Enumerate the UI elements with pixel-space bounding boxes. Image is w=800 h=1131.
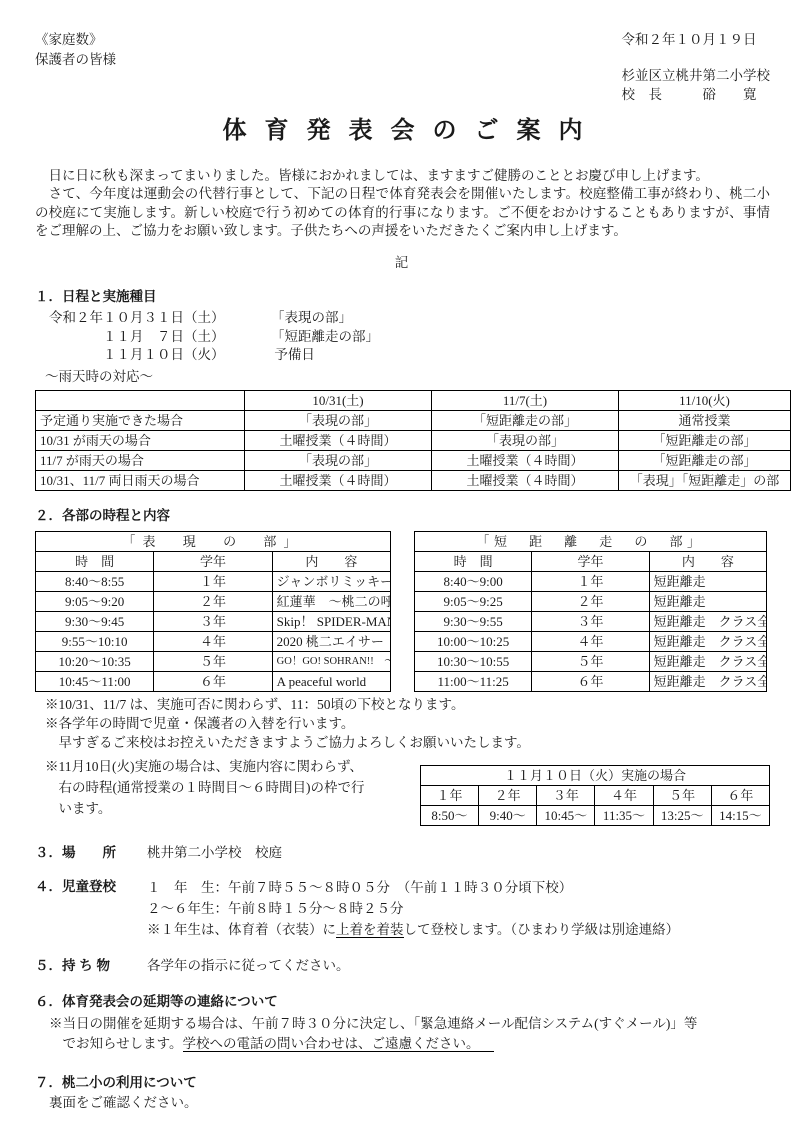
table-row: 9:05～9:20 ２年 紅蓮華 ～桃二の呼吸 2020～ bbox=[36, 592, 391, 612]
table-cell: ４年 bbox=[532, 632, 649, 652]
table-cell: 「表現の部」 bbox=[432, 431, 619, 451]
table-cell: ５年 bbox=[532, 652, 649, 672]
note-line: います。 bbox=[45, 799, 420, 820]
table-cell: 11/7(土) bbox=[432, 391, 619, 411]
table-row: 9:05～9:25 ２年 短距離走 bbox=[415, 592, 767, 612]
table-cell: 10/31(土) bbox=[245, 391, 432, 411]
table-cell: 時 間 bbox=[415, 552, 532, 572]
tankyori-table: 「短 距 離 走 の 部」 時 間 学年 内 容 8:40～9:00 １年 短距… bbox=[414, 531, 767, 692]
schedule-list: 令和２年１０月３１日（土） 「表現の部」 １１月 ７日（土） 「短距離走の部」 … bbox=[49, 309, 770, 364]
table-cell: ジャンボリミッキー！ bbox=[272, 572, 390, 592]
section-6: ６．体育発表会の延期等の連絡について ※当日の開催を延期する場合は、午前７時３０… bbox=[35, 993, 770, 1054]
table-header-row: 10/31(土) 11/7(土) 11/10(火) bbox=[36, 391, 791, 411]
section-6-lines: ※当日の開催を延期する場合は、午前７時３０分に決定し、「緊急連絡メール配信システ… bbox=[49, 1014, 770, 1055]
note-line: 早すぎるご来校はお控えいただきますようご協力よろしくお願いいたします。 bbox=[45, 734, 770, 753]
section-3-text: 桃井第二小学校 校庭 bbox=[147, 844, 282, 862]
table-cell: ２年 bbox=[479, 786, 537, 806]
principal-name: 校 長 硲 寛 bbox=[622, 85, 771, 105]
table-cell: 短距離走 bbox=[649, 592, 766, 612]
section-2-heading: ２．各部の時程と内容 bbox=[35, 507, 770, 525]
section-2: ２．各部の時程と内容 「表 現 の 部」 時 間 学年 内 容 8:40～8:5… bbox=[35, 507, 770, 826]
table-cell: １年 bbox=[532, 572, 649, 592]
section-7: ７．桃二小の利用について 裏面をご確認ください。 bbox=[35, 1074, 770, 1112]
table-cell: 「短距離走の部」 bbox=[619, 431, 791, 451]
arrival-line-3-post: して登校します。（ひまわり学級は別途連絡） bbox=[404, 922, 680, 937]
intro-paragraph-1: 日に日に秋も深まってまいりました。皆様におかれましては、ますますご健勝のこととお… bbox=[35, 167, 770, 185]
table-cell: ６年 bbox=[154, 672, 272, 692]
note-line: ※10/31、11/7 は、実施可否に関わらず、11：50頃の下校となります。 bbox=[45, 696, 770, 715]
table-cell: 10:45～ bbox=[537, 806, 595, 826]
table-row: 11:00～11:25 ６年 短距離走 クラス全員リレー bbox=[415, 672, 767, 692]
table-cell: 14:15～ bbox=[711, 806, 769, 826]
section-4-heading: ４．児童登校 bbox=[35, 878, 147, 941]
note-line: ※各学年の時間で児童・保護者の入替を行います。 bbox=[45, 715, 770, 734]
table-cell: ５年 bbox=[653, 786, 711, 806]
table-cell: 「短距離走の部」 bbox=[619, 451, 791, 471]
issue-date: 令和２年１０月１９日 bbox=[622, 30, 771, 50]
table-cell: 紅蓮華 ～桃二の呼吸 2020～ bbox=[272, 592, 390, 612]
program-notes: ※10/31、11/7 は、実施可否に関わらず、11：50頃の下校となります。 … bbox=[45, 696, 770, 753]
table-row: 予定通り実施できた場合 「表現の部」 「短距離走の部」 通常授業 bbox=[36, 411, 791, 431]
arrival-line-1: １ 年 生：午前７時５５～８時０５分 （午前１１時３０分頃下校） bbox=[147, 878, 679, 899]
schedule-date: １１月１０日（火） bbox=[49, 346, 271, 364]
table-cell: 2020 桃二エイサー bbox=[272, 632, 390, 652]
document-header: 《家庭数》 保護者の皆様 令和２年１０月１９日 杉並区立桃井第二小学校 校 長 … bbox=[35, 30, 770, 105]
table-cell: ５年 bbox=[154, 652, 272, 672]
table-cell bbox=[36, 391, 245, 411]
table-cell: ２年 bbox=[154, 592, 272, 612]
table-row: 8:40～9:00 １年 短距離走 bbox=[415, 572, 767, 592]
table-cell: 8:50～ bbox=[420, 806, 478, 826]
table-row: 9:30～9:45 ３年 Skip！ SPIDER-MAN bbox=[36, 612, 391, 632]
table-cell: １年 bbox=[154, 572, 272, 592]
intro-paragraphs: 日に日に秋も深まってまいりました。皆様におかれましては、ますますご健勝のこととお… bbox=[35, 167, 770, 240]
table-cell: 9:05～9:25 bbox=[415, 592, 532, 612]
schedule-row: 令和２年１０月３１日（土） 「表現の部」 bbox=[49, 309, 770, 327]
schedule-event: 「短距離走の部」 bbox=[271, 328, 379, 346]
schedule-event: 「表現の部」 bbox=[271, 309, 352, 327]
table-cell: 内 容 bbox=[649, 552, 766, 572]
table-cell: 8:40～9:00 bbox=[415, 572, 532, 592]
note-line: ※11月10日(火)実施の場合は、実施内容に関わらず、 bbox=[45, 757, 420, 778]
section-7-text: 裏面をご確認ください。 bbox=[49, 1094, 770, 1112]
table-row: 8:40～8:55 １年 ジャンボリミッキー！ bbox=[36, 572, 391, 592]
addressee: 保護者の皆様 bbox=[35, 50, 116, 70]
table-cell: 内 容 bbox=[272, 552, 390, 572]
table-cell: 9:30～9:45 bbox=[36, 612, 154, 632]
table-cell: １年 bbox=[420, 786, 478, 806]
table-row: 11/7 が雨天の場合 「表現の部」 土曜授業（４時間） 「短距離走の部」 bbox=[36, 451, 791, 471]
table-cell: 通常授業 bbox=[619, 411, 791, 431]
tuesday-note-and-table: ※11月10日(火)実施の場合は、実施内容に関わらず、 右の時程(通常授業の１時… bbox=[35, 757, 770, 826]
table-cell: 「表現の部」 bbox=[245, 411, 432, 431]
table-cell: 短距離走 クラス全員リレー bbox=[649, 652, 766, 672]
table-cell: ４年 bbox=[154, 632, 272, 652]
table-cell: 9:05～9:20 bbox=[36, 592, 154, 612]
table-cell: 9:30～9:55 bbox=[415, 612, 532, 632]
table-cell: 短距離走 クラス全員リレー bbox=[649, 612, 766, 632]
postpone-line-1: ※当日の開催を延期する場合は、午前７時３０分に決定し、「緊急連絡メール配信システ… bbox=[49, 1014, 770, 1034]
tuesday-schedule-table: １１月１０日（火）実施の場合 １年 ２年 ３年 ４年 ５年 ６年 8:50～ 9… bbox=[420, 765, 770, 826]
section-1-heading: １．日程と実施種目 bbox=[35, 288, 770, 306]
table-row: 10:30～10:55 ５年 短距離走 クラス全員リレー bbox=[415, 652, 767, 672]
copies-label: 《家庭数》 bbox=[35, 30, 116, 50]
arrival-line-2: ２～６年生：午前８時１５分～８時２５分 bbox=[147, 899, 679, 920]
table-cell: 9:55～10:10 bbox=[36, 632, 154, 652]
table-cell: 13:25～ bbox=[653, 806, 711, 826]
table-cell: 11:35～ bbox=[595, 806, 653, 826]
arrival-line-3-pre: ※１年生は、体育着（衣装）に bbox=[147, 922, 336, 937]
table-title-row: １１月１０日（火）実施の場合 bbox=[420, 766, 769, 786]
table-cell: 土曜授業（４時間） bbox=[432, 471, 619, 491]
table-cell: 土曜授業（４時間） bbox=[245, 471, 432, 491]
school-name: 杉並区立桃井第二小学校 bbox=[622, 66, 771, 86]
table-cell: 10:00～10:25 bbox=[415, 632, 532, 652]
ki-marker: 記 bbox=[35, 254, 770, 272]
table-cell: 「表現」「短距離走」の部 bbox=[619, 471, 791, 491]
section-6-heading: ６．体育発表会の延期等の連絡について bbox=[35, 993, 770, 1011]
schedule-row: １１月 ７日（土） 「短距離走の部」 bbox=[49, 328, 770, 346]
table-cell: ３年 bbox=[154, 612, 272, 632]
schedule-date: １１月 ７日（土） bbox=[49, 328, 271, 346]
table-title-row: 「表 現 の 部」 bbox=[36, 532, 391, 552]
table-cell: 土曜授業（４時間） bbox=[432, 451, 619, 471]
table-row: 10/31、11/7 両日雨天の場合 土曜授業（４時間） 土曜授業（４時間） 「… bbox=[36, 471, 791, 491]
table-cell: ３年 bbox=[537, 786, 595, 806]
postpone-line-2: でお知らせします。学校への電話の問い合わせは、ご遠慮ください。 bbox=[49, 1034, 770, 1054]
table-title-row: 「短 距 離 走 の 部」 bbox=[415, 532, 767, 552]
section-5-text: 各学年の指示に従ってください。 bbox=[147, 957, 350, 975]
postpone-line-2-pre: でお知らせします。 bbox=[49, 1036, 183, 1051]
table-cell: ３年 bbox=[532, 612, 649, 632]
table-cell: ４年 bbox=[595, 786, 653, 806]
section-5-heading: ５．持 ち 物 bbox=[35, 957, 147, 975]
document-page: 《家庭数》 保護者の皆様 令和２年１０月１９日 杉並区立桃井第二小学校 校 長 … bbox=[0, 0, 800, 1131]
schedule-date: 令和２年１０月３１日（土） bbox=[49, 309, 271, 327]
table-cell: 土曜授業（４時間） bbox=[245, 431, 432, 451]
intro-paragraph-2: さて、今年度は運動会の代替行事として、下記の日程で体育発表会を開催いたします。校… bbox=[35, 185, 770, 240]
table-cell: 11:00～11:25 bbox=[415, 672, 532, 692]
section-5: ５．持 ち 物 各学年の指示に従ってください。 bbox=[35, 957, 770, 975]
table-cell: ６年 bbox=[711, 786, 769, 806]
table-header-row: 時 間 学年 内 容 bbox=[415, 552, 767, 572]
table-row: 10:45～11:00 ６年 A peaceful world bbox=[36, 672, 391, 692]
table-row: 8:50～ 9:40～ 10:45～ 11:35～ 13:25～ 14:15～ bbox=[420, 806, 769, 826]
header-left: 《家庭数》 保護者の皆様 bbox=[35, 30, 116, 69]
section-3: ３．場 所 桃井第二小学校 校庭 bbox=[35, 844, 770, 862]
table-cell: 10:20～10:35 bbox=[36, 652, 154, 672]
hyogen-table: 「表 現 の 部」 時 間 学年 内 容 8:40～8:55 １年 ジャンボリミ… bbox=[35, 531, 391, 692]
schedule-row: １１月１０日（火） 予備日 bbox=[49, 346, 770, 364]
rain-plan-label: ～雨天時の対応～ bbox=[45, 368, 770, 386]
table-cell: 10:45～11:00 bbox=[36, 672, 154, 692]
table-header-row: １年 ２年 ３年 ４年 ５年 ６年 bbox=[420, 786, 769, 806]
table-cell: GO！GO! SOHRAN!! ～心ひとつに 2020～ bbox=[272, 652, 390, 672]
table-cell: 9:40～ bbox=[479, 806, 537, 826]
table-row: 10:00～10:25 ４年 短距離走 クラス全員リレー bbox=[415, 632, 767, 652]
table-cell: 短距離走 クラス全員リレー bbox=[649, 632, 766, 652]
table-header-row: 時 間 学年 内 容 bbox=[36, 552, 391, 572]
table-cell: 「短距離走の部」 bbox=[432, 411, 619, 431]
section-7-heading: ７．桃二小の利用について bbox=[35, 1074, 770, 1092]
table-cell: 時 間 bbox=[36, 552, 154, 572]
table-cell: 「短 距 離 走 の 部」 bbox=[415, 532, 767, 552]
schedule-event: 予備日 bbox=[271, 346, 315, 364]
table-cell: 「表現の部」 bbox=[245, 451, 432, 471]
program-tables: 「表 現 の 部」 時 間 学年 内 容 8:40～8:55 １年 ジャンボリミ… bbox=[35, 531, 770, 692]
table-cell: 予定通り実施できた場合 bbox=[36, 411, 245, 431]
section-4-lines: １ 年 生：午前７時５５～８時０５分 （午前１１時３０分頃下校） ２～６年生：午… bbox=[147, 878, 679, 941]
rain-schedule-table: 10/31(土) 11/7(土) 11/10(火) 予定通り実施できた場合 「表… bbox=[35, 390, 791, 491]
table-cell: 8:40～8:55 bbox=[36, 572, 154, 592]
table-row: 9:30～9:55 ３年 短距離走 クラス全員リレー bbox=[415, 612, 767, 632]
table-cell: 学年 bbox=[154, 552, 272, 572]
table-cell: 「表 現 の 部」 bbox=[36, 532, 391, 552]
table-cell: 11/7 が雨天の場合 bbox=[36, 451, 245, 471]
section-1: １．日程と実施種目 令和２年１０月３１日（土） 「表現の部」 １１月 ７日（土）… bbox=[35, 288, 770, 491]
table-row: 10/31 が雨天の場合 土曜授業（４時間） 「表現の部」 「短距離走の部」 bbox=[36, 431, 791, 451]
postpone-line-2-underline: 学校への電話の問い合わせは、ご遠慮ください。 bbox=[183, 1036, 494, 1052]
table-cell: 11/10(火) bbox=[619, 391, 791, 411]
table-cell: 10:30～10:55 bbox=[415, 652, 532, 672]
table-cell: 10/31、11/7 両日雨天の場合 bbox=[36, 471, 245, 491]
table-cell: ２年 bbox=[532, 592, 649, 612]
section-4: ４．児童登校 １ 年 生：午前７時５５～８時０５分 （午前１１時３０分頃下校） … bbox=[35, 878, 770, 941]
table-cell: 短距離走 クラス全員リレー bbox=[649, 672, 766, 692]
table-cell: 学年 bbox=[532, 552, 649, 572]
table-cell: １１月１０日（火）実施の場合 bbox=[420, 766, 769, 786]
table-cell: A peaceful world bbox=[272, 672, 390, 692]
table-cell: 10/31 が雨天の場合 bbox=[36, 431, 245, 451]
note-line: 右の時程(通常授業の１時間目～６時間目)の枠で行 bbox=[45, 778, 420, 799]
header-right: 令和２年１０月１９日 杉並区立桃井第二小学校 校 長 硲 寛 bbox=[622, 30, 771, 105]
table-cell: 短距離走 bbox=[649, 572, 766, 592]
table-cell: ６年 bbox=[532, 672, 649, 692]
arrival-line-3-underline: 上着を着装 bbox=[336, 922, 404, 938]
arrival-line-3: ※１年生は、体育着（衣装）に上着を着装して登校します。（ひまわり学級は別途連絡） bbox=[147, 920, 679, 941]
table-row: 9:55～10:10 ４年 2020 桃二エイサー bbox=[36, 632, 391, 652]
section-3-heading: ３．場 所 bbox=[35, 844, 147, 862]
page-title: 体育発表会のご案内 bbox=[35, 115, 770, 147]
table-cell: Skip！ SPIDER-MAN bbox=[272, 612, 390, 632]
table-row: 10:20～10:35 ５年 GO！GO! SOHRAN!! ～心ひとつに 20… bbox=[36, 652, 391, 672]
tuesday-note: ※11月10日(火)実施の場合は、実施内容に関わらず、 右の時程(通常授業の１時… bbox=[45, 757, 420, 826]
